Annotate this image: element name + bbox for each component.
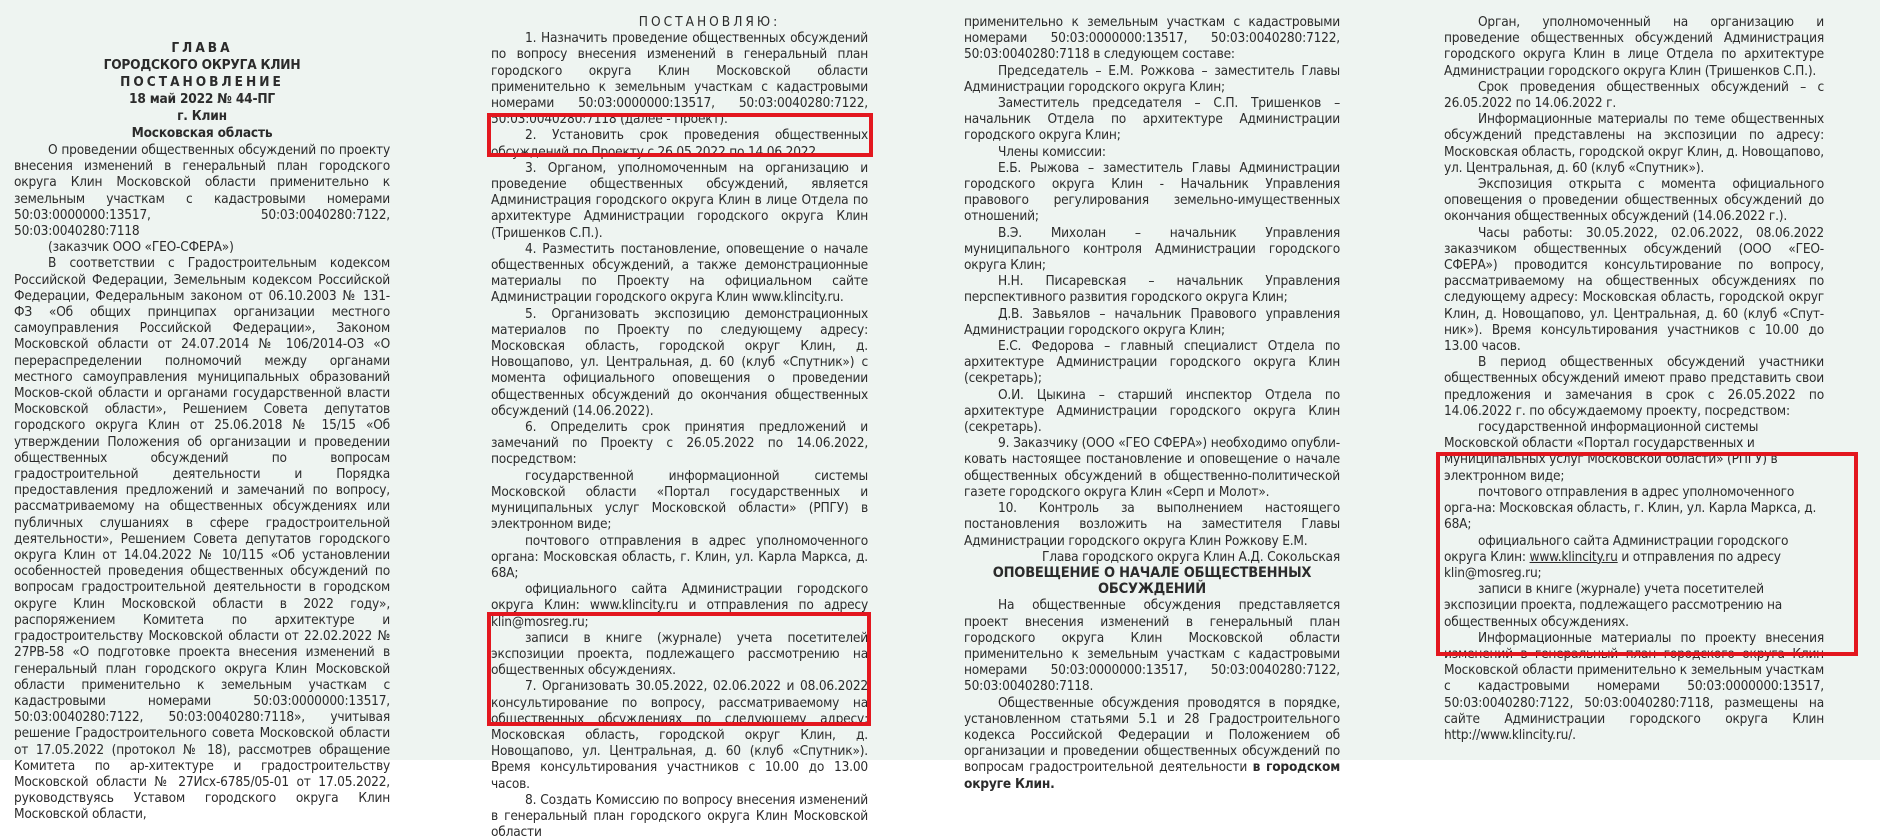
notice-procedure: Общественные обсуждения проводятся в пор… <box>964 695 1340 792</box>
header-line-2: ГОРОДСКОГО ОКРУГА КЛИН <box>14 57 390 74</box>
notice-hours: Часы работы: 30.05.2022, 02.06.2022, 08.… <box>1444 225 1824 355</box>
decree-preamble: В соответствии с Градостроительным кодек… <box>14 255 390 805</box>
item6-channel-post: почтового отправления в адрес уполномоче… <box>491 533 868 582</box>
decree-item-8: 8. Создать Комиссию по вопросу внесения … <box>491 792 868 805</box>
notice-intro: На общественные обсуждения представляетс… <box>964 597 1340 694</box>
notice-organizer: Орган, уполномоченный на организацию и п… <box>1444 14 1824 79</box>
klincity-link[interactable]: www.klincity.ru <box>1530 549 1618 565</box>
column-1: ГЛАВА ГОРОДСКОГО ОКРУГА КЛИН ПОСТАНОВЛЕН… <box>14 40 390 805</box>
commission-member: Е.Б. Рыжова – заместитель Главы Админист… <box>964 160 1340 225</box>
decree-item-6: 6. Определить срок принятия предложений … <box>491 419 868 468</box>
notice-rights: В период общественных обсуждений участни… <box>1444 354 1824 419</box>
commission-member: О.И. Цыкина – старший инспектор Отдела п… <box>964 387 1340 436</box>
decree-item-3: 3. Органом, уполномоченным на организаци… <box>491 160 868 241</box>
notice-materials: Информационные материалы по проекту внес… <box>1444 630 1824 743</box>
decree-item-8-continued: применительно к земельным участкам с кад… <box>964 14 1340 63</box>
decree-item-10: 10. Контроль за выполнением настоящего п… <box>964 500 1340 549</box>
commission-members-label: Члены комиссии: <box>964 144 1340 160</box>
notice-channel-post: почтового отправления в адрес уполномоче… <box>1444 484 1824 533</box>
notice-channel-journal: записи в книге (журнале) учета посетител… <box>1444 581 1824 630</box>
commission-member: Д.В. Завьялов – начальник Правового упра… <box>964 306 1340 338</box>
notice-period: Срок проведения общественных обсуждений … <box>1444 79 1824 111</box>
decree-item-1: 1. Назначить проведение общественных обс… <box>491 30 868 127</box>
decree-title: О проведении общественных обсуждений по … <box>14 142 390 239</box>
notice-title: ОПОВЕЩЕНИЕ О НАЧАЛЕ ОБЩЕСТВЕННЫХ ОБСУЖДЕ… <box>964 565 1340 597</box>
notice-channel-rpgu: государственной информационной системы М… <box>1444 419 1824 484</box>
commission-member: В.Э. Михолан – начальник Управления муни… <box>964 225 1340 274</box>
commission-member: Н.Н. Писаревская – начальник Управления … <box>964 273 1340 305</box>
decree-item-5: 5. Организовать экспозицию демонстрацион… <box>491 306 868 419</box>
notice-channel-site: официального сайта Администрации городск… <box>1444 533 1824 582</box>
newspaper-page: ГЛАВА ГОРОДСКОГО ОКРУГА КЛИН ПОСТАНОВЛЕН… <box>0 0 1880 760</box>
column-4: Орган, уполномоченный на организацию и п… <box>1444 14 1824 743</box>
item6-channel-journal: записи в книге (журнале) учета посетител… <box>491 630 868 679</box>
notice-exposition-info: Информационные материалы по теме обществ… <box>1444 111 1824 176</box>
header-line-1: ГЛАВА <box>14 40 390 57</box>
column-2: ПОСТАНОВЛЯЮ: 1. Назначить проведение общ… <box>491 14 868 805</box>
decree-item-7: 7. Организовать 30.05.2022, 02.06.2022 и… <box>491 678 868 791</box>
commission-member: Е.С. Федорова – главный специалист Отдел… <box>964 338 1340 387</box>
commission-chair: Председатель – Е.М. Рожкова – заместител… <box>964 63 1340 95</box>
decree-region: Московская область <box>14 125 390 142</box>
column-3: применительно к земельным участкам с кад… <box>964 14 1340 792</box>
decree-item-4: 4. Разместить постановление, оповещение … <box>491 241 868 306</box>
decree-date-number: 18 май 2022 № 44-ПГ <box>14 91 390 108</box>
header-line-3: ПОСТАНОВЛЕНИЕ <box>14 74 390 91</box>
item6-channel-rpgu: государственной информационной системы М… <box>491 468 868 533</box>
decree-customer: (заказчик ООО «ГЕО-СФЕРА») <box>14 239 390 255</box>
decree-signature: Глава городского округа Клин А.Д. Соколь… <box>964 549 1340 565</box>
decree-item-9: 9. Заказчику (ООО «ГЕО СФЕРА») необходим… <box>964 435 1340 500</box>
resolve-heading: ПОСТАНОВЛЯЮ: <box>551 14 868 30</box>
item6-channel-site: официального сайта Администрации городск… <box>491 581 868 630</box>
notice-exposition-open: Экспозиция открыта с момента официальног… <box>1444 176 1824 225</box>
decree-city: г. Клин <box>14 108 390 125</box>
decree-item-2: 2. Установить срок проведения общественн… <box>491 127 868 159</box>
commission-deputy: Заместитель председателя – С.П. Тришенко… <box>964 95 1340 144</box>
